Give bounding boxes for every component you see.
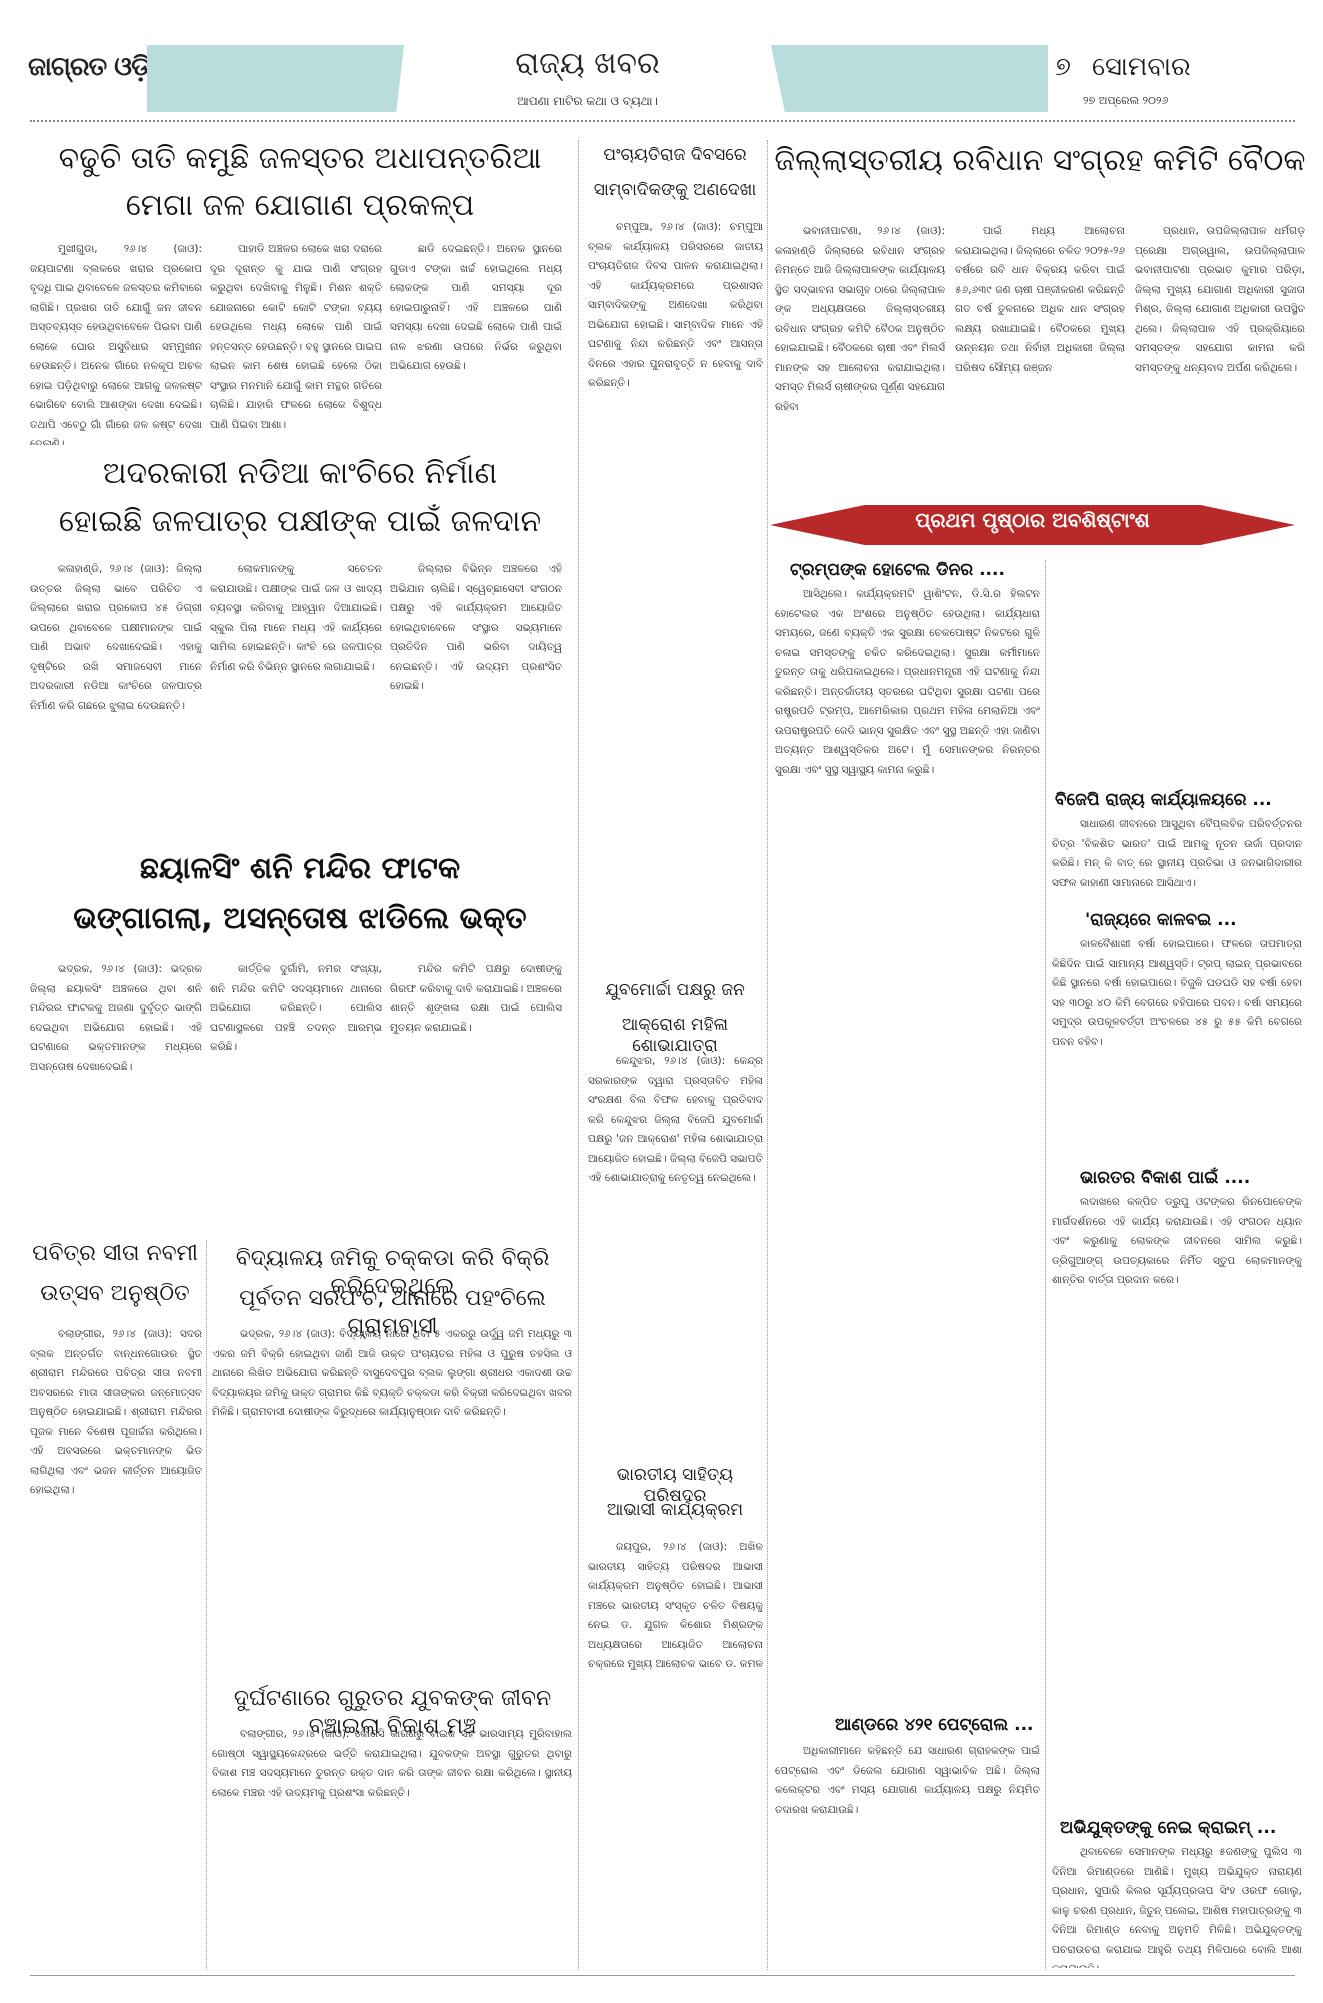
article-body-column: ଥିବାବେଳେ ସେମାନଙ୍କ ମଧ୍ୟରୁ ୫ଜଣଙ୍କୁ ପୁଲିସ ୩… — [1052, 1843, 1302, 1968]
article-body-column: ପ୍ରଧାନ, ଉପଜିଲ୍ଲାପାଳ ଧର୍ମଗଡ଼ ପ୍ରେକ୍ଷା ଅଗ୍… — [1135, 222, 1305, 492]
headline-bharat-vikas: ଭାରତର ବିକାଶ ପାଇଁ .... — [1080, 1168, 1250, 1188]
article-body-column: ବଲାଙ୍ଗୀର, ୨୬।୪ (ଜାଓ): କୌଣସି କାରଣରୁ ବାଇକ … — [212, 1725, 572, 1965]
section-title: ରାଜ୍ୟ ଖବର — [404, 46, 771, 81]
headline-panchayat-2: ସାମ୍ବାଦିକଙ୍କୁ ଅଣଦେଖା — [585, 180, 765, 201]
headline-bjp-office: ବିଜେପି ରାଜ୍ୟ କାର୍ଯ୍ୟାଳୟରେ ... — [1055, 790, 1272, 810]
headline-water-project-2: ମେଗା ଜଳ ଯୋଗାଣ ପ୍ରକଳ୍ପ — [20, 187, 580, 225]
article-body-column: ଭଦ୍ରକ, ୨୬।୪ (ଜାଓ): ବିଦ୍ୟାଳୟ ନାଁରେ ଥିବା ୫… — [212, 1325, 572, 1675]
article-body-column: କାର୍ତ୍ତିକ ଦୁର୍ଗାମି, ନମର ସଂଖ୍ୟା, ଶନି ମନ୍ଦ… — [210, 960, 382, 1235]
article-body-column: ଚମ୍ପୁଆ, ୨୬।୪ (ଜାଓ): ଚମ୍ପୁଆ ବ୍ଲକ କାର୍ଯ୍ୟା… — [588, 218, 763, 1038]
article-body-column: ଭଦ୍ରକ, ୨୬।୪ (ଜାଓ): ଭଦ୍ରକ ଜିଲ୍ଲା ଛୟାଳସିଂ … — [30, 960, 202, 1235]
article-body-column: କେନ୍ଦୁଝର, ୨୬।୪ (ଜାଓ): କେନ୍ଦ୍ର ସରକାରଙ୍କ ଦ… — [588, 1052, 763, 1442]
column-divider — [578, 140, 579, 1970]
article-body-column: ଆସିଥିଲେ। କାର୍ଯ୍ୟକ୍ରମଟି ୱାଶିଂଟନ, ଡି.ସି.ର … — [775, 585, 1040, 1605]
article-body-column: କାଳବୈଶାଖୀ ବର୍ଷା ହୋଇପାରେ। ଫଳରେ ତାପମାତ୍ରା … — [1052, 935, 1302, 1160]
article-body-column: ଭବାନୀପାଟଣା, ୨୬।୪ (ଜାଓ): କଳାହାଣ୍ଡି ଜିଲ୍ଲା… — [775, 222, 945, 492]
headline-yuva-morcha-1: ଯୁବମୋର୍ଚ୍ଚା ପକ୍ଷରୁ ଜନ — [585, 980, 765, 1001]
headline-nadia-kanchi-2: ହୋଇଛି ଜଳପାତ୍ର ପକ୍ଷୀଙ୍କ ପାଇଁ ଜଳଦାନ — [20, 503, 580, 541]
headline-sita-navami-2: ଉତ୍ସବ ଅନୁଷ୍ଠିତ — [25, 1280, 205, 1308]
article-body-column: କଳାହାଣ୍ଡି, ୨୬।୪ (ଜାଓ): ଜିଲ୍ଲା ଉତ୍ତର ଜିଲ୍… — [30, 560, 202, 835]
header-band-left — [147, 45, 404, 112]
headline-weather: 'ରାଜ୍ୟରେ କାଳବଇ ... — [1085, 910, 1237, 930]
headline-trump-hotel: ଟ୍ରମ୍ପଙ୍କ ହୋଟେଲ ଡିନର .... — [790, 560, 1005, 580]
article-body-column: ଅଧିକାରୀମାନେ କହିଛନ୍ତି ଯେ ସାଧାରଣ ଗ୍ରାହକଙ୍କ… — [775, 1742, 1040, 1967]
headline-water-project-1: ବଢୁଚି ତାତି କମୁଛି ଜଳସ୍ତର ଅଧାପନ୍ତରିଆ — [20, 140, 580, 178]
column-divider — [1045, 560, 1046, 1970]
weekday: ସୋମବାର — [1092, 52, 1191, 83]
footer-rule — [30, 1975, 1295, 1976]
masthead: ଜାଗ୍ରତ ଓଡ଼ିଶା ରାଜ୍ୟ ଖବର ଆପଣା ମାଟିର କଥା ଓ… — [0, 0, 1323, 125]
column-divider — [767, 140, 768, 1970]
issue-date: ୨୭ ଅପ୍ରେଲ ୨୦୨୬ — [1083, 94, 1168, 108]
headline-petrol: ଆଣ୍ଡରେ ୪୨୧ ପେଟ୍ରୋଲ ... — [835, 1715, 1034, 1735]
article-body-column: ମନ୍ଦିର କମିଟି ପକ୍ଷରୁ ଦୋଷୀଙ୍କୁ ଗିରଫ କରିବାକ… — [390, 960, 562, 1235]
header-band-right — [771, 45, 1048, 112]
article-body-column: ଜିଲ୍ଲାର ବିଭିନ୍ନ ଅଞ୍ଚଳରେ ଏହି ଅଭିଯାନ ଚାଲିଛ… — [390, 560, 562, 835]
article-body-column: ପାହାଡି ଅଞ୍ଚଳର ଲୋକେ ଖରା ଦରାରେ ଦୂର ଦୂରାନ୍ତ… — [210, 240, 382, 445]
tagline: ଆପଣା ମାଟିର କଥା ଓ ବ୍ୟଥା। — [404, 94, 771, 109]
article-body-column: ପାଇଁ ମଧ୍ୟ ଆଲୋଚନା କରାଯାଇଥିଲା। ଜିଲ୍ଲାରେ ଚଳ… — [955, 222, 1125, 492]
headline-shani-temple-1: ଛୟାଳସିଂ ଶନି ମନ୍ଦିର ଫାଟକ — [20, 850, 580, 888]
article-body-column: ଲୋକମାନଙ୍କୁ ସଚେତନ କରାଯାଉଛି। ପକ୍ଷୀଙ୍କ ପାଇଁ… — [210, 560, 382, 835]
headline-rabi-committee: ଜିଲ୍ଲାସ୍ତରୀୟ ରବିଧାନ ସଂଗ୍ରହ କମିଟି ବୈଠକ — [770, 142, 1310, 180]
continued-banner-label: ପ୍ରଥମ ପୃଷ୍ଠାର ଅବଶିଷ୍ଟାଂଶ — [770, 508, 1295, 532]
article-body-column: ଛାଡି ଦେଇଛନ୍ତି। ଅନେକ ସ୍ଥାନରେ ଗୁଡାଏ ଟଙ୍କା … — [390, 240, 562, 445]
article-body-column: ଲଦାଖରେ କଳ୍ପିତ ଡ୍ରୁପୁ ଓଟଙ୍କର ରିନପୋଚେଙ୍କ ମ… — [1052, 1193, 1302, 1828]
headline-sita-navami-1: ପବିତ୍ର ସୀତା ନବମୀ — [25, 1240, 205, 1268]
article-body-column: ମୁଖୀଗୁଡା, ୨୬।୪ (ଜାଓ): ଜୟପାଟଣା ବ୍ଲକରେ ଖରା… — [30, 240, 202, 445]
headline-accused: ଅଭିଯୁକ୍ତଙ୍କୁ ନେଇ କ୍ରାଇମ୍ ... — [1060, 1818, 1276, 1838]
article-body-column: ବଲାଙ୍ଗୀର, ୨୬।୪ (ଜାଓ): ସଦର ବ୍ଲକ ଅନ୍ତର୍ଗତ … — [30, 1325, 202, 1965]
article-body-column: ଜୟପୁର, ୨୬।୪ (ଜାଓ): ଅଖିଳ ଭାରତୀୟ ସାହିତ୍ୟ ପ… — [588, 1538, 763, 1678]
headline-sahitya-parishad-2: ଆଭାସୀ କାର୍ଯ୍ୟକ୍ରମ — [585, 1500, 765, 1521]
page-number: ୭ — [1055, 52, 1071, 83]
headline-shani-temple-2: ଭଙ୍ଗାଗଲା, ଅସନ୍ତୋଷ ଝାଡିଲେ ଭକ୍ତ — [20, 900, 580, 938]
headline-nadia-kanchi-1: ଅଦରକାରୀ ନଡିଆ କାଂଚିରେ ନିର୍ମାଣ — [20, 455, 580, 493]
header-divider — [30, 120, 1295, 122]
headline-panchayat-1: ପଂଚାୟତିରାଜ ଦିବସରେ — [585, 145, 765, 166]
column-divider — [206, 1240, 207, 1970]
